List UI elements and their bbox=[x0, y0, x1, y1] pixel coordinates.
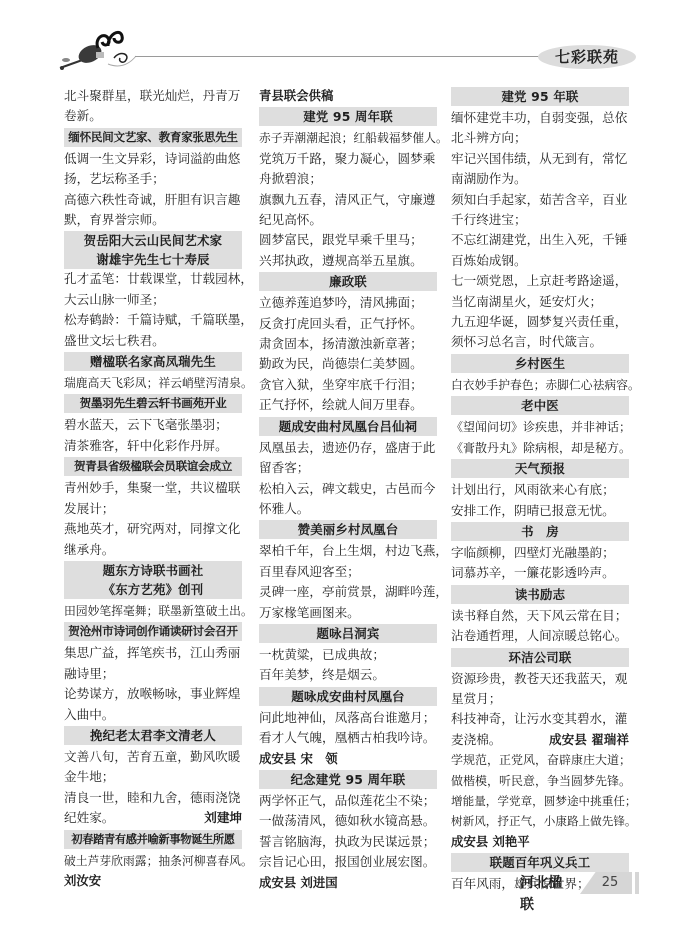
couplet-title: 挽纪老太君李文清老人 bbox=[64, 726, 242, 745]
text-line: 反贪打虎回头看，正气抒怀。 bbox=[259, 314, 437, 334]
text-line: 须知白手起家，茹苦含辛，百业 bbox=[451, 190, 629, 210]
text-line: 论势谋方，放喉畅咏，事业辉煌 bbox=[64, 684, 242, 704]
text-line: 宗旨记心田，报国创业展宏图。 bbox=[259, 852, 437, 872]
text-line: 盛世文坛七秩君。 bbox=[64, 331, 242, 351]
text-line: 留香客； bbox=[259, 458, 437, 478]
couplet-title: 读书励志 bbox=[451, 585, 629, 604]
couplet-title: 贺墨羽先生碧云轩书画苑开业 bbox=[64, 394, 242, 413]
text-line: 翠柏千年，台上生烟，村边飞燕， bbox=[259, 541, 437, 561]
text-line: 低调一生文异彩，诗词溢韵曲悠 bbox=[64, 149, 242, 169]
author-signature: 刘汝安 bbox=[64, 871, 242, 891]
text-line-with-signature: 纪姓家。 刘建坤 bbox=[64, 808, 242, 828]
couplet-title: 赞美丽乡村凤凰台 bbox=[259, 520, 437, 539]
text-line: 党筑万千路，聚力凝心，圆梦乘 bbox=[259, 149, 437, 169]
couplet-title-line: 《东方艺苑》创刊 bbox=[64, 580, 242, 599]
text-line: 贪官入狱，坐穿牢底千行泪； bbox=[259, 375, 437, 395]
text-line: 怀雅人。 bbox=[259, 499, 437, 519]
text-line: 文善八旬，苦育五童，勤风吹暖 bbox=[64, 747, 242, 767]
text-line: 瑞鹿高天飞彩凤；祥云峭壁泻清泉。 bbox=[64, 373, 242, 393]
text-line: 兴邦执政，遵规高举五星旗。 bbox=[259, 251, 437, 271]
section-title: 七彩联苑 bbox=[538, 45, 636, 69]
text-line: 破土芦芽欣雨露；抽条河柳喜春风。 bbox=[64, 851, 242, 871]
text-line: 凤凰虽去，遗迹仍存，盛唐于此 bbox=[259, 438, 437, 458]
text-line: 白衣妙手护春色；赤脚仁心祛病容。 bbox=[451, 375, 629, 395]
couplet-title: 建党 95 周年联 bbox=[259, 107, 437, 126]
text-line: 计划出行，风雨欲来心有底； bbox=[451, 480, 629, 500]
text-line: 七一颂党恩，上京赶考路途遥， bbox=[451, 271, 629, 291]
couplet-title-line: 贺岳阳大云山民间艺术家 bbox=[64, 231, 242, 250]
text-line: 勤政为民，尚德崇仁美梦圆。 bbox=[259, 354, 437, 374]
couplet-title: 建党 95 年联 bbox=[451, 87, 629, 106]
couplet-title: 初春踏青有感并喻新事物诞生所愿 bbox=[64, 830, 242, 849]
text-line: 青州妙手，集聚一堂，共议楹联 bbox=[64, 478, 242, 498]
author-signature: 成安县 刘进国 bbox=[259, 873, 437, 893]
couplet-title: 老中医 bbox=[451, 396, 629, 415]
couplet-title: 环洁公司联 bbox=[451, 648, 629, 667]
author-signature: 刘建坤 bbox=[204, 808, 242, 828]
couplet-title: 乡村医生 bbox=[451, 354, 629, 373]
text-line: 清茶雅客，轩中化彩作丹屏。 bbox=[64, 436, 242, 456]
text-line: 问此地神仙，凤落高台谁邀月； bbox=[259, 708, 437, 728]
author-signature: 成安县 翟瑞祥 bbox=[549, 730, 629, 750]
text-line: 立德养莲追梦吟，清风拂面； bbox=[259, 293, 437, 313]
text-line: 字临颜柳，四壁灯光融墨韵； bbox=[451, 543, 629, 563]
text-line: 须怀习总名言，时代箴言。 bbox=[451, 332, 629, 352]
couplet-title: 贺青县省级楹联会员联谊会成立 bbox=[64, 457, 242, 476]
text-line: 北斗聚群星，联光灿烂，丹青万 bbox=[64, 86, 242, 106]
text-line: 入曲中。 bbox=[64, 705, 242, 725]
text-line: 肃贪固本，扬清激浊新章著； bbox=[259, 334, 437, 354]
text-line: 当忆南湖星火，延安灯火； bbox=[451, 292, 629, 312]
text-line: 沾卷通哲理，人间凉暖总铭心。 bbox=[451, 626, 629, 646]
text-line: 赤子弄潮潮起浪；红船载福梦催人。 bbox=[259, 128, 437, 148]
text-line: 北斗辨方向； bbox=[451, 128, 629, 148]
couplet-title: 贺岳阳大云山民间艺术家 谢雄宇先生七十寿辰 bbox=[64, 231, 242, 269]
text-line: 学规范，正党风，奋辟康庄大道； bbox=[451, 750, 629, 770]
text-line: 《望闻问切》诊疾患，并非神话； bbox=[451, 417, 629, 437]
text-line: 大云山脉一师圣； bbox=[64, 290, 242, 310]
text-line-with-signature: 麦浇棉。 成安县 翟瑞祥 bbox=[451, 730, 629, 750]
text-line: 麦浇棉。 bbox=[451, 730, 501, 750]
text-line: 默，育界誉宗师。 bbox=[64, 210, 242, 230]
text-line: 百炼始成钢。 bbox=[451, 251, 629, 271]
text-line: 纪见高怀。 bbox=[259, 210, 437, 230]
text-line: 正气抒怀，绘就人间万里春。 bbox=[259, 395, 437, 415]
text-line: 一枕黄粱，已成典故； bbox=[259, 645, 437, 665]
text-line: 九五迎华诞，圆梦复兴责任重， bbox=[451, 312, 629, 332]
text-line: 树新风，抒正气，小康路上做先锋。 bbox=[451, 811, 629, 831]
column-3: 建党 95 年联 缅怀建党丰功，自弱变强，总依 北斗辨方向； 牢记兴国伟绩，从无… bbox=[451, 86, 629, 895]
couplet-title-line: 题东方诗联书画社 bbox=[64, 561, 242, 580]
text-line: 清良一世，睦和九舍，德雨浇饶 bbox=[64, 788, 242, 808]
text-line: 读书释自然，天下风云常在目； bbox=[451, 606, 629, 626]
text-line: 百里春风迎客至； bbox=[259, 562, 437, 582]
author-signature: 成安县 刘艳平 bbox=[451, 832, 629, 852]
text-line: 誓言铭脑海，执政为民谋远景； bbox=[259, 832, 437, 852]
column-2: 青县联会供稿 建党 95 周年联 赤子弄潮潮起浪；红船载福梦催人。 党筑万千路，… bbox=[259, 86, 437, 893]
text-line: 科技神奇，让污水变其碧水，灌 bbox=[451, 709, 629, 729]
text-line: 继承舟。 bbox=[64, 540, 242, 560]
text-line: 千行终进宝； bbox=[451, 210, 629, 230]
text-line: 两学怀正气，品似莲花尘不染； bbox=[259, 791, 437, 811]
text-line: 不忘红湖建党，出生入死，千锤 bbox=[451, 230, 629, 250]
header-rule bbox=[135, 56, 540, 57]
couplet-title: 纪念建党 95 周年联 bbox=[259, 770, 437, 789]
text-line: 词慕苏辛，一簾花影透吟声。 bbox=[451, 563, 629, 583]
couplet-title: 赠楹联名家高凤瑞先生 bbox=[64, 352, 242, 371]
text-line: 增能量，学党章，圆梦途中挑重任； bbox=[451, 791, 629, 811]
text-line: 灵碑一座，亭前赏景，湖畔吟莲， bbox=[259, 582, 437, 602]
text-line: 旗飘九五春，清风正气，守廉遵 bbox=[259, 190, 437, 210]
page-edge-bar bbox=[635, 872, 639, 894]
text-line: 融诗里； bbox=[64, 664, 242, 684]
text-line: 万家椽笔画图来。 bbox=[259, 603, 437, 623]
text-line: 松柏入云，碑文载史，古邑而今 bbox=[259, 479, 437, 499]
text-line: 圆梦富民，跟党早乘千里马； bbox=[259, 230, 437, 250]
text-line: 高德六秩性奇诚，肝胆有识言趣 bbox=[64, 190, 242, 210]
text-line: 做楷模，听民意，争当圆梦先锋。 bbox=[451, 771, 629, 791]
couplet-title: 缅怀民间文艺家、教育家张思先生 bbox=[64, 128, 242, 147]
couplet-title: 题成安曲村凤凰台吕仙祠 bbox=[259, 417, 437, 436]
publication-name: 河北楹联 bbox=[520, 872, 575, 916]
text-line: 安排工作，阴晴已报意无忧。 bbox=[451, 501, 629, 521]
page-header: 七彩联苑 bbox=[0, 0, 690, 82]
text-line: 发展计； bbox=[64, 499, 242, 519]
couplet-title: 题东方诗联书画社 《东方艺苑》创刊 bbox=[64, 561, 242, 599]
couplet-title-line: 谢雄宇先生七十寿辰 bbox=[64, 250, 242, 269]
text-line: 燕地英才，研究两对，同撑文化 bbox=[64, 519, 242, 539]
text-line: 集思广益，挥笔疾书，江山秀丽 bbox=[64, 643, 242, 663]
source-credit: 青县联会供稿 bbox=[259, 86, 437, 106]
text-line: 资源珍贵，教苍天还我蓝天，观 bbox=[451, 669, 629, 689]
text-line: 牢记兴国伟绩，从无到有，常忆 bbox=[451, 149, 629, 169]
text-line: 纪姓家。 bbox=[64, 808, 114, 828]
text-line: 孔才孟笔：廿载课堂，廿载园林， bbox=[64, 269, 242, 289]
couplet-title: 题咏成安曲村凤凰台 bbox=[259, 687, 437, 706]
couplet-title: 廉政联 bbox=[259, 272, 437, 291]
text-line: 百年美梦，终是烟云。 bbox=[259, 665, 437, 685]
text-line: 金牛地； bbox=[64, 767, 242, 787]
text-line: 缅怀建党丰功，自弱变强，总依 bbox=[451, 108, 629, 128]
couplet-title: 天气预报 bbox=[451, 459, 629, 478]
text-line: 卷新。 bbox=[64, 106, 242, 126]
author-signature: 成安县 宋 领 bbox=[259, 749, 437, 769]
text-line: 舟掀碧浪； bbox=[259, 169, 437, 189]
text-line: 南湖励作为。 bbox=[451, 169, 629, 189]
text-line: 田园妙笔挥毫舞；联墨新篁破土出。 bbox=[64, 601, 242, 621]
text-line: 松寿鹤龄：千篇诗赋，千篇联墨， bbox=[64, 310, 242, 330]
couplet-title: 贺沧州市诗词创作诵读研讨会召开 bbox=[64, 622, 242, 641]
page-number: 25 bbox=[595, 872, 625, 894]
text-line: 碧水蓝天，云下飞毫张墨羽； bbox=[64, 415, 242, 435]
couplet-title: 书 房 bbox=[451, 522, 629, 541]
text-line: 扬，艺坛称圣手； bbox=[64, 169, 242, 189]
text-line: 《膏散丹丸》除病根，却是秘方。 bbox=[451, 438, 629, 458]
ink-scroll-ornament-icon bbox=[58, 24, 138, 76]
text-line: 一做荡清风，德如秋水镜高悬。 bbox=[259, 811, 437, 831]
text-line: 看才人气魄，凰栖古柏我吟诗。 bbox=[259, 728, 437, 748]
text-line: 星赏月； bbox=[451, 689, 629, 709]
column-1: 北斗聚群星，联光灿烂，丹青万 卷新。 缅怀民间文艺家、教育家张思先生 低调一生文… bbox=[64, 86, 242, 891]
couplet-title: 联题百年巩义兵工 bbox=[451, 853, 629, 872]
couplet-title: 题咏吕洞宾 bbox=[259, 624, 437, 643]
